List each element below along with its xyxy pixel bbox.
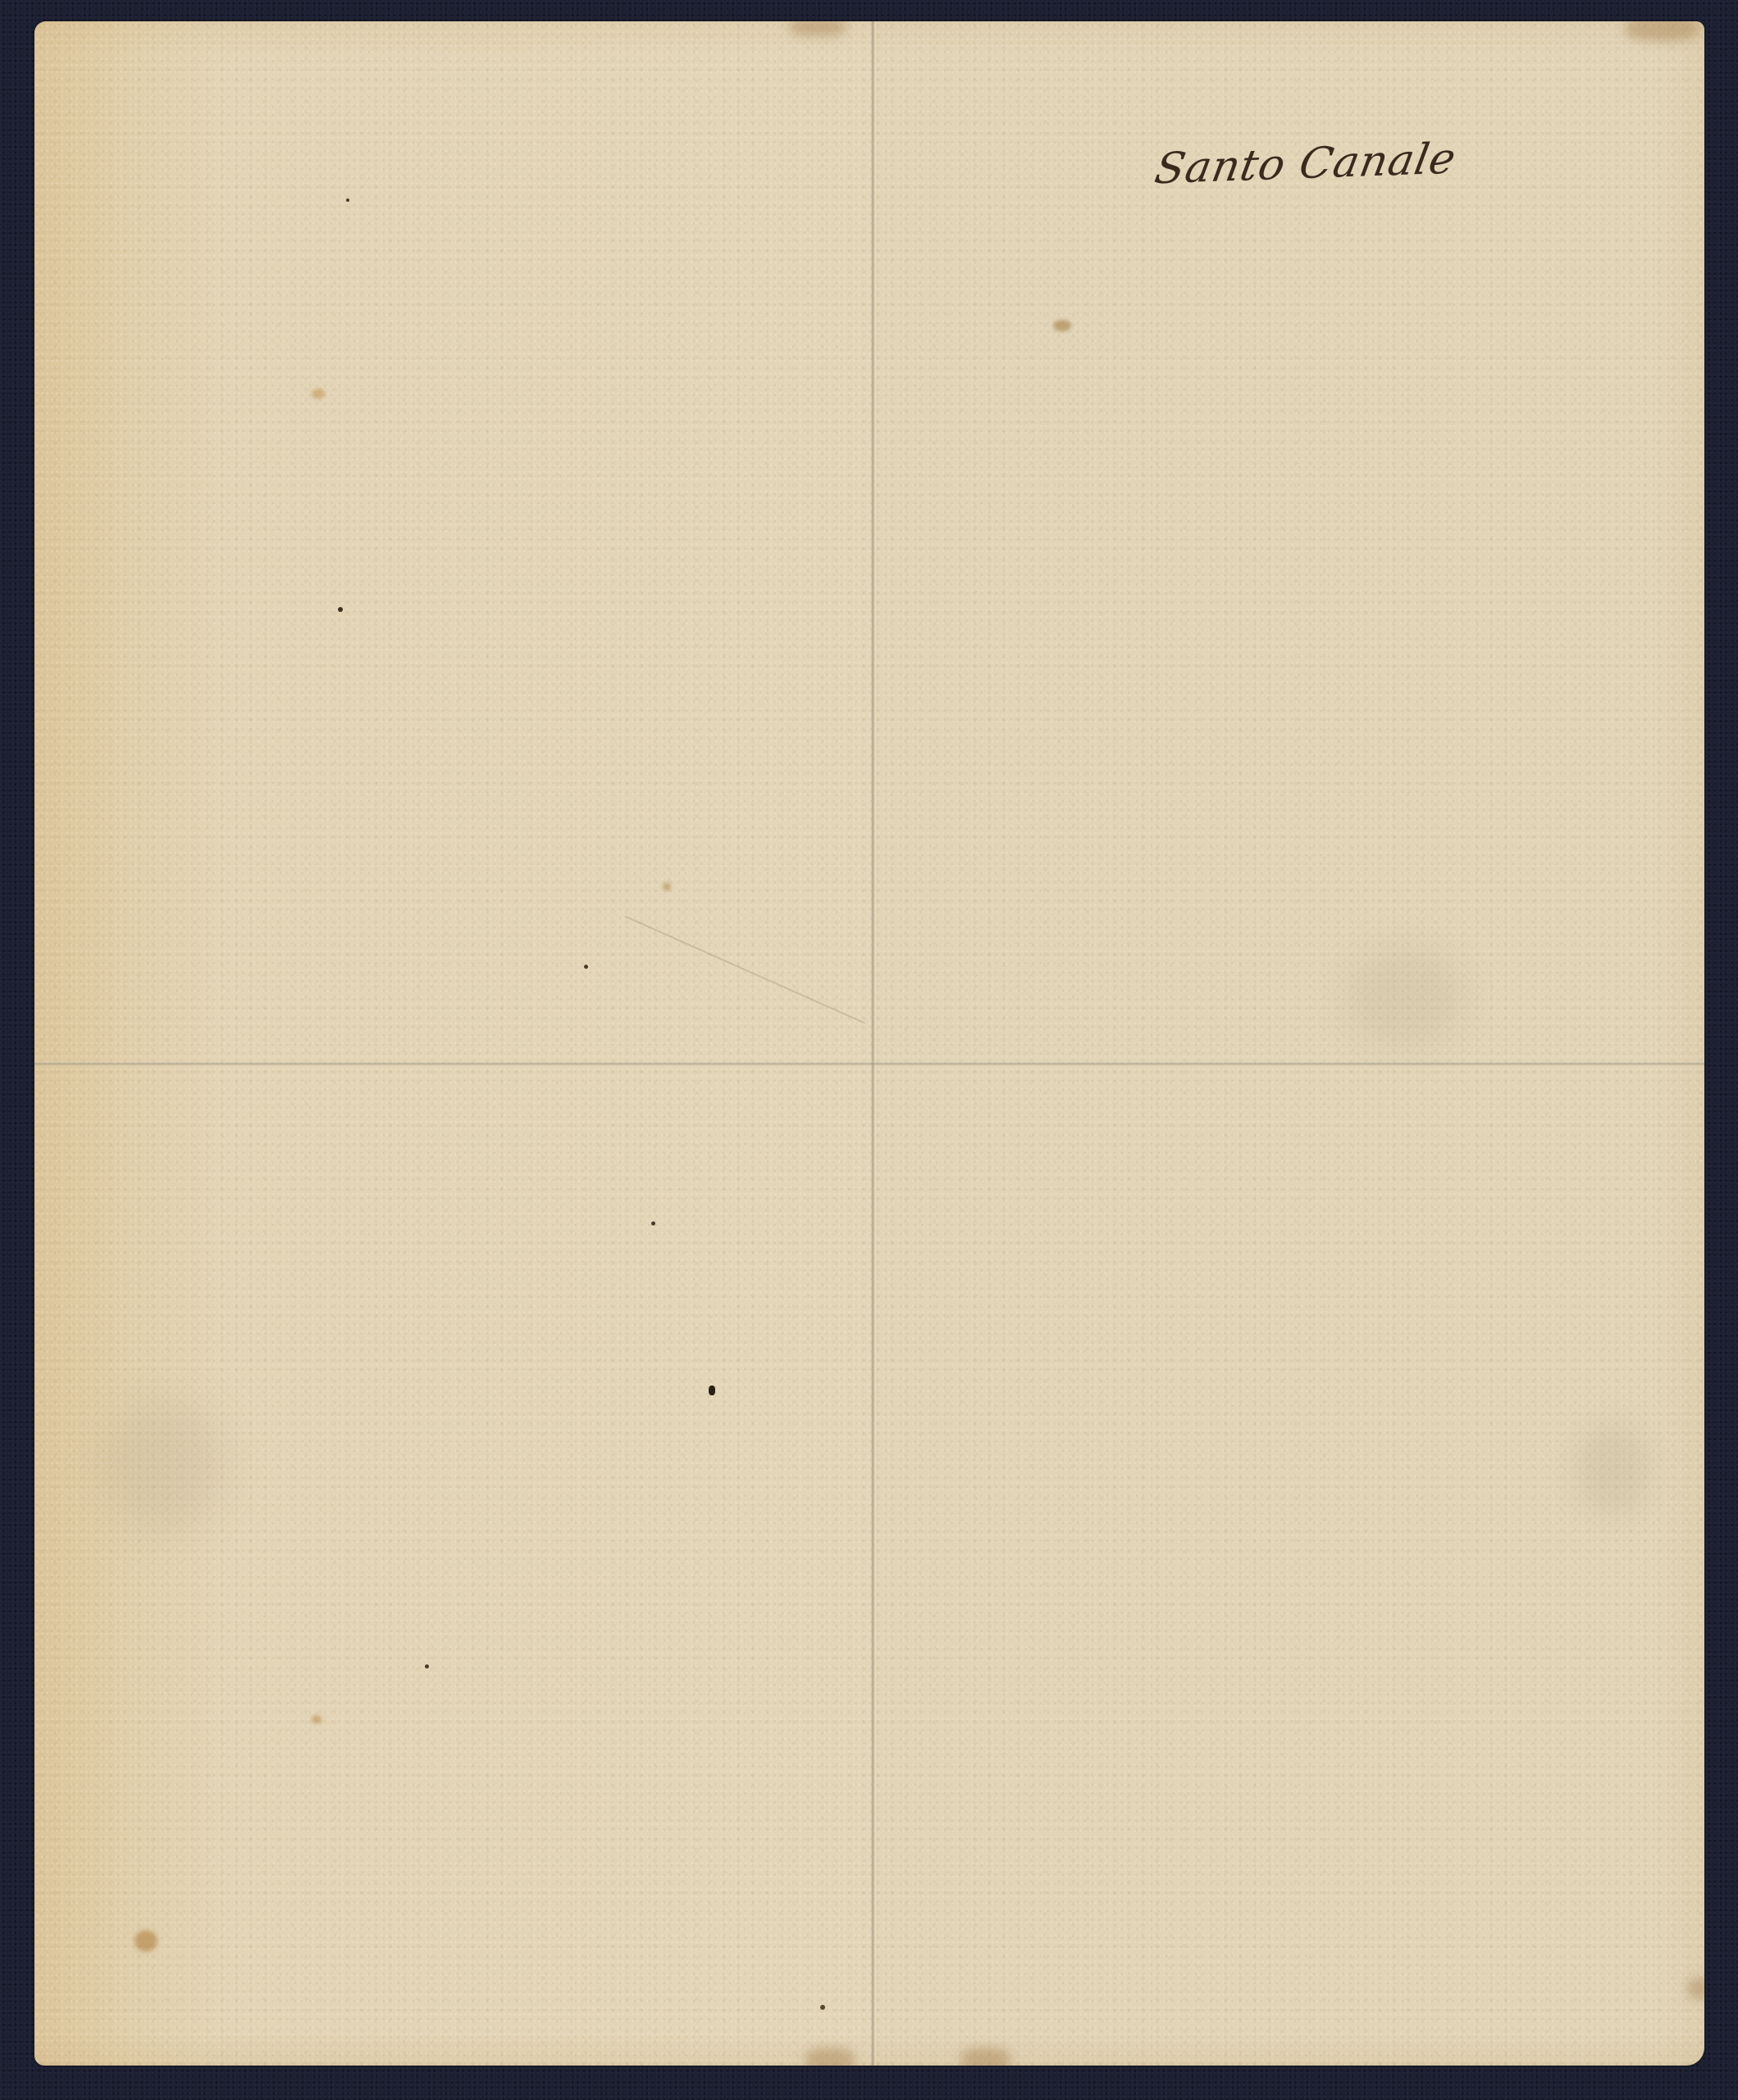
- foxing-spot: [135, 1930, 157, 1952]
- foxing-spot: [1053, 320, 1071, 331]
- foxing-spot: [663, 883, 671, 891]
- vertical-fold-line: [871, 21, 876, 2066]
- ink-dot: [584, 965, 588, 969]
- ink-dot: [338, 607, 343, 612]
- right-panel-tone: [875, 21, 1704, 2066]
- right-edge-stain: [1688, 1978, 1704, 1999]
- bottom-right-stain: [961, 2047, 1010, 2066]
- top-fold-stain: [789, 21, 846, 36]
- foxing-spot: [312, 1715, 322, 1723]
- faint-stain: [100, 1399, 223, 1531]
- foxing-spot: [312, 389, 325, 399]
- top-edge-stain: [1626, 21, 1699, 41]
- paper-sheet: Santo Canale: [34, 21, 1704, 2066]
- faint-stain: [1347, 948, 1462, 1047]
- ink-dot: [709, 1386, 715, 1395]
- ink-dot: [651, 1221, 655, 1226]
- horizontal-fold-line: [34, 1061, 1704, 1066]
- ink-dot: [820, 2005, 825, 2010]
- faint-stain: [1576, 1424, 1650, 1514]
- bottom-edge-stain: [805, 2047, 855, 2066]
- ink-dot: [346, 199, 349, 202]
- ink-dot: [425, 1664, 429, 1669]
- left-panel-tone: [34, 21, 871, 2066]
